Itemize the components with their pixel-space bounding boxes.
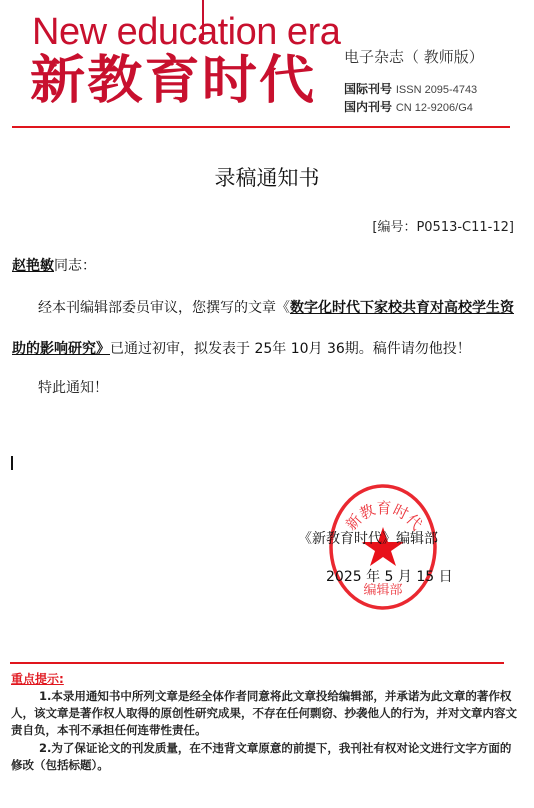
text-cursor: [11, 456, 13, 470]
issue-date: 2025 年 5 月 15 日: [326, 566, 453, 586]
document-title: 录稿通知书: [0, 162, 534, 192]
logo-english: New education era: [32, 12, 340, 52]
cn-label: 国内刊号: [344, 100, 392, 114]
notes-heading: 重点提示:: [11, 670, 64, 687]
cn-code: CN 12-9206/G4: [396, 102, 473, 114]
publication-info: 已通过初审，拟发表于 25年 10月 36期。稿件请勿他投！: [110, 341, 471, 357]
recipient-name: 赵艳敏: [12, 258, 54, 274]
salutation-suffix: 同志：: [54, 258, 96, 274]
salutation: 赵艳敏同志：: [12, 255, 96, 275]
logo-chinese: 新教育时代: [30, 52, 316, 110]
edition-label: 电子杂志（ 教师版）: [344, 46, 484, 67]
reference-number: [编号：P0513-C11-12]: [372, 216, 514, 235]
article-title-part1: 数字化时代下家校共育对高校学生资: [290, 300, 514, 316]
acceptance-paragraph-line1: 经本刊编辑部委员审议，您撰写的文章《数字化时代下家校共育对高校学生资: [38, 297, 514, 317]
issn-label: 国际刊号: [344, 82, 392, 96]
cn-line: 国内刊号 CN 12-9206/G4: [344, 98, 473, 115]
issuing-department: 《新教育时代》编辑部: [298, 528, 438, 548]
note-item-2-text: 2.为了保证论文的刊发质量，在不违背文章原意的前提下，我刊社有权对论文进行文字方…: [11, 741, 511, 772]
acceptance-intro: 经本刊编辑部委员审议，您撰写的文章《: [38, 300, 290, 316]
issn-code: ISSN 2095-4743: [396, 84, 477, 96]
note-item-2: 2.为了保证论文的刊发质量，在不违背文章原意的前提下，我刊社有权对论文进行文字方…: [11, 740, 521, 774]
note-item-1: 1.本录用通知书中所列文章是经全体作者同意将此文章投给编辑部，并承诺为此文章的著…: [11, 688, 521, 739]
issn-line: 国际刊号 ISSN 2095-4743: [344, 80, 477, 97]
acceptance-paragraph-line2: 助的影响研究》已通过初审，拟发表于 25年 10月 36期。稿件请勿他投！: [12, 338, 471, 358]
note-item-1-text: 1.本录用通知书中所列文章是经全体作者同意将此文章投给编辑部，并承诺为此文章的著…: [11, 689, 517, 737]
closing-text: 特此通知！: [38, 377, 108, 397]
header-divider: [12, 126, 510, 128]
article-title-part2: 助的影响研究》: [12, 341, 110, 357]
notes-divider: [10, 662, 504, 664]
